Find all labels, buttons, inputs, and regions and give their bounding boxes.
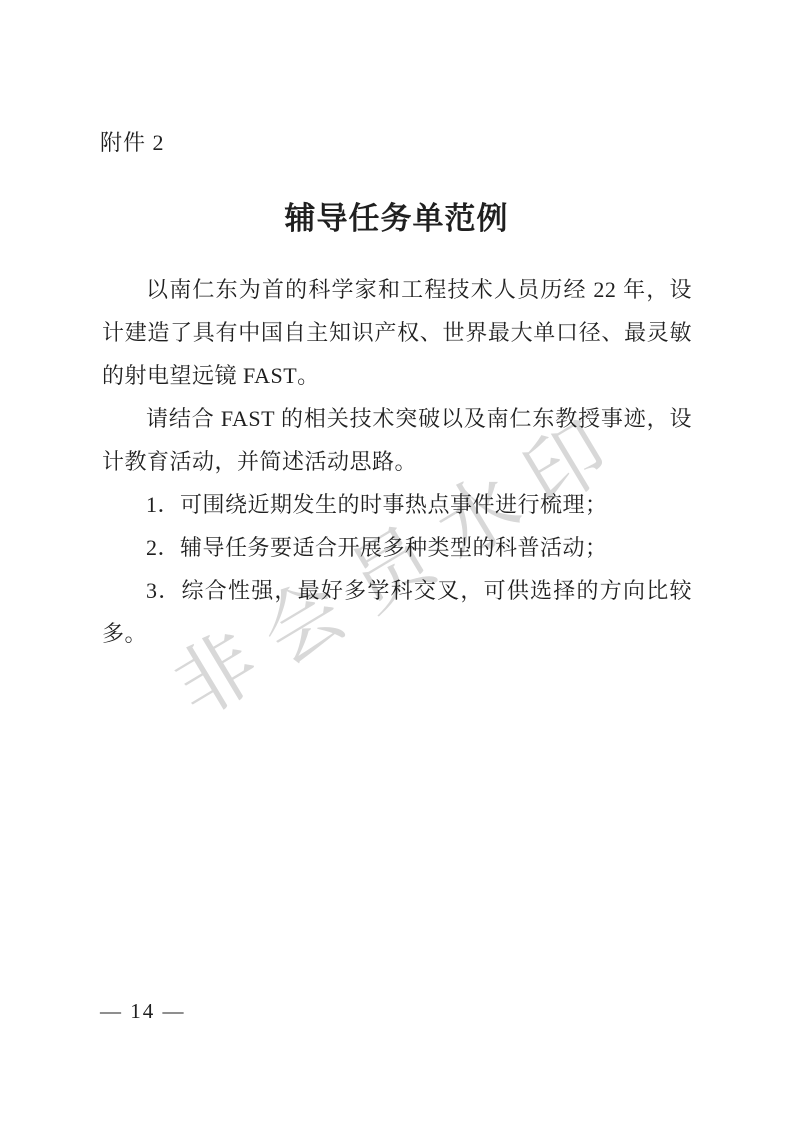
list-item-1: 1．可围绕近期发生的时事热点事件进行梳理； (102, 483, 692, 526)
page-number: — 14 — (100, 999, 186, 1024)
paragraph-2: 请结合 FAST 的相关技术突破以及南仁东教授事迹，设计教育活动，并简述活动思路… (102, 397, 692, 483)
document-page: 非会员水印 附件 2 辅导任务单范例 以南仁东为首的科学家和工程技术人员历经 2… (0, 0, 793, 1122)
list-item-2: 2．辅导任务要适合开展多种类型的科普活动； (102, 526, 692, 569)
attachment-label: 附件 2 (100, 126, 165, 157)
page-title: 辅导任务单范例 (0, 193, 793, 238)
list-item-3: 3．综合性强，最好多学科交叉，可供选择的方向比较多。 (102, 569, 692, 655)
paragraph-1: 以南仁东为首的科学家和工程技术人员历经 22 年，设计建造了具有中国自主知识产权… (102, 268, 692, 397)
document-body: 以南仁东为首的科学家和工程技术人员历经 22 年，设计建造了具有中国自主知识产权… (102, 268, 692, 655)
